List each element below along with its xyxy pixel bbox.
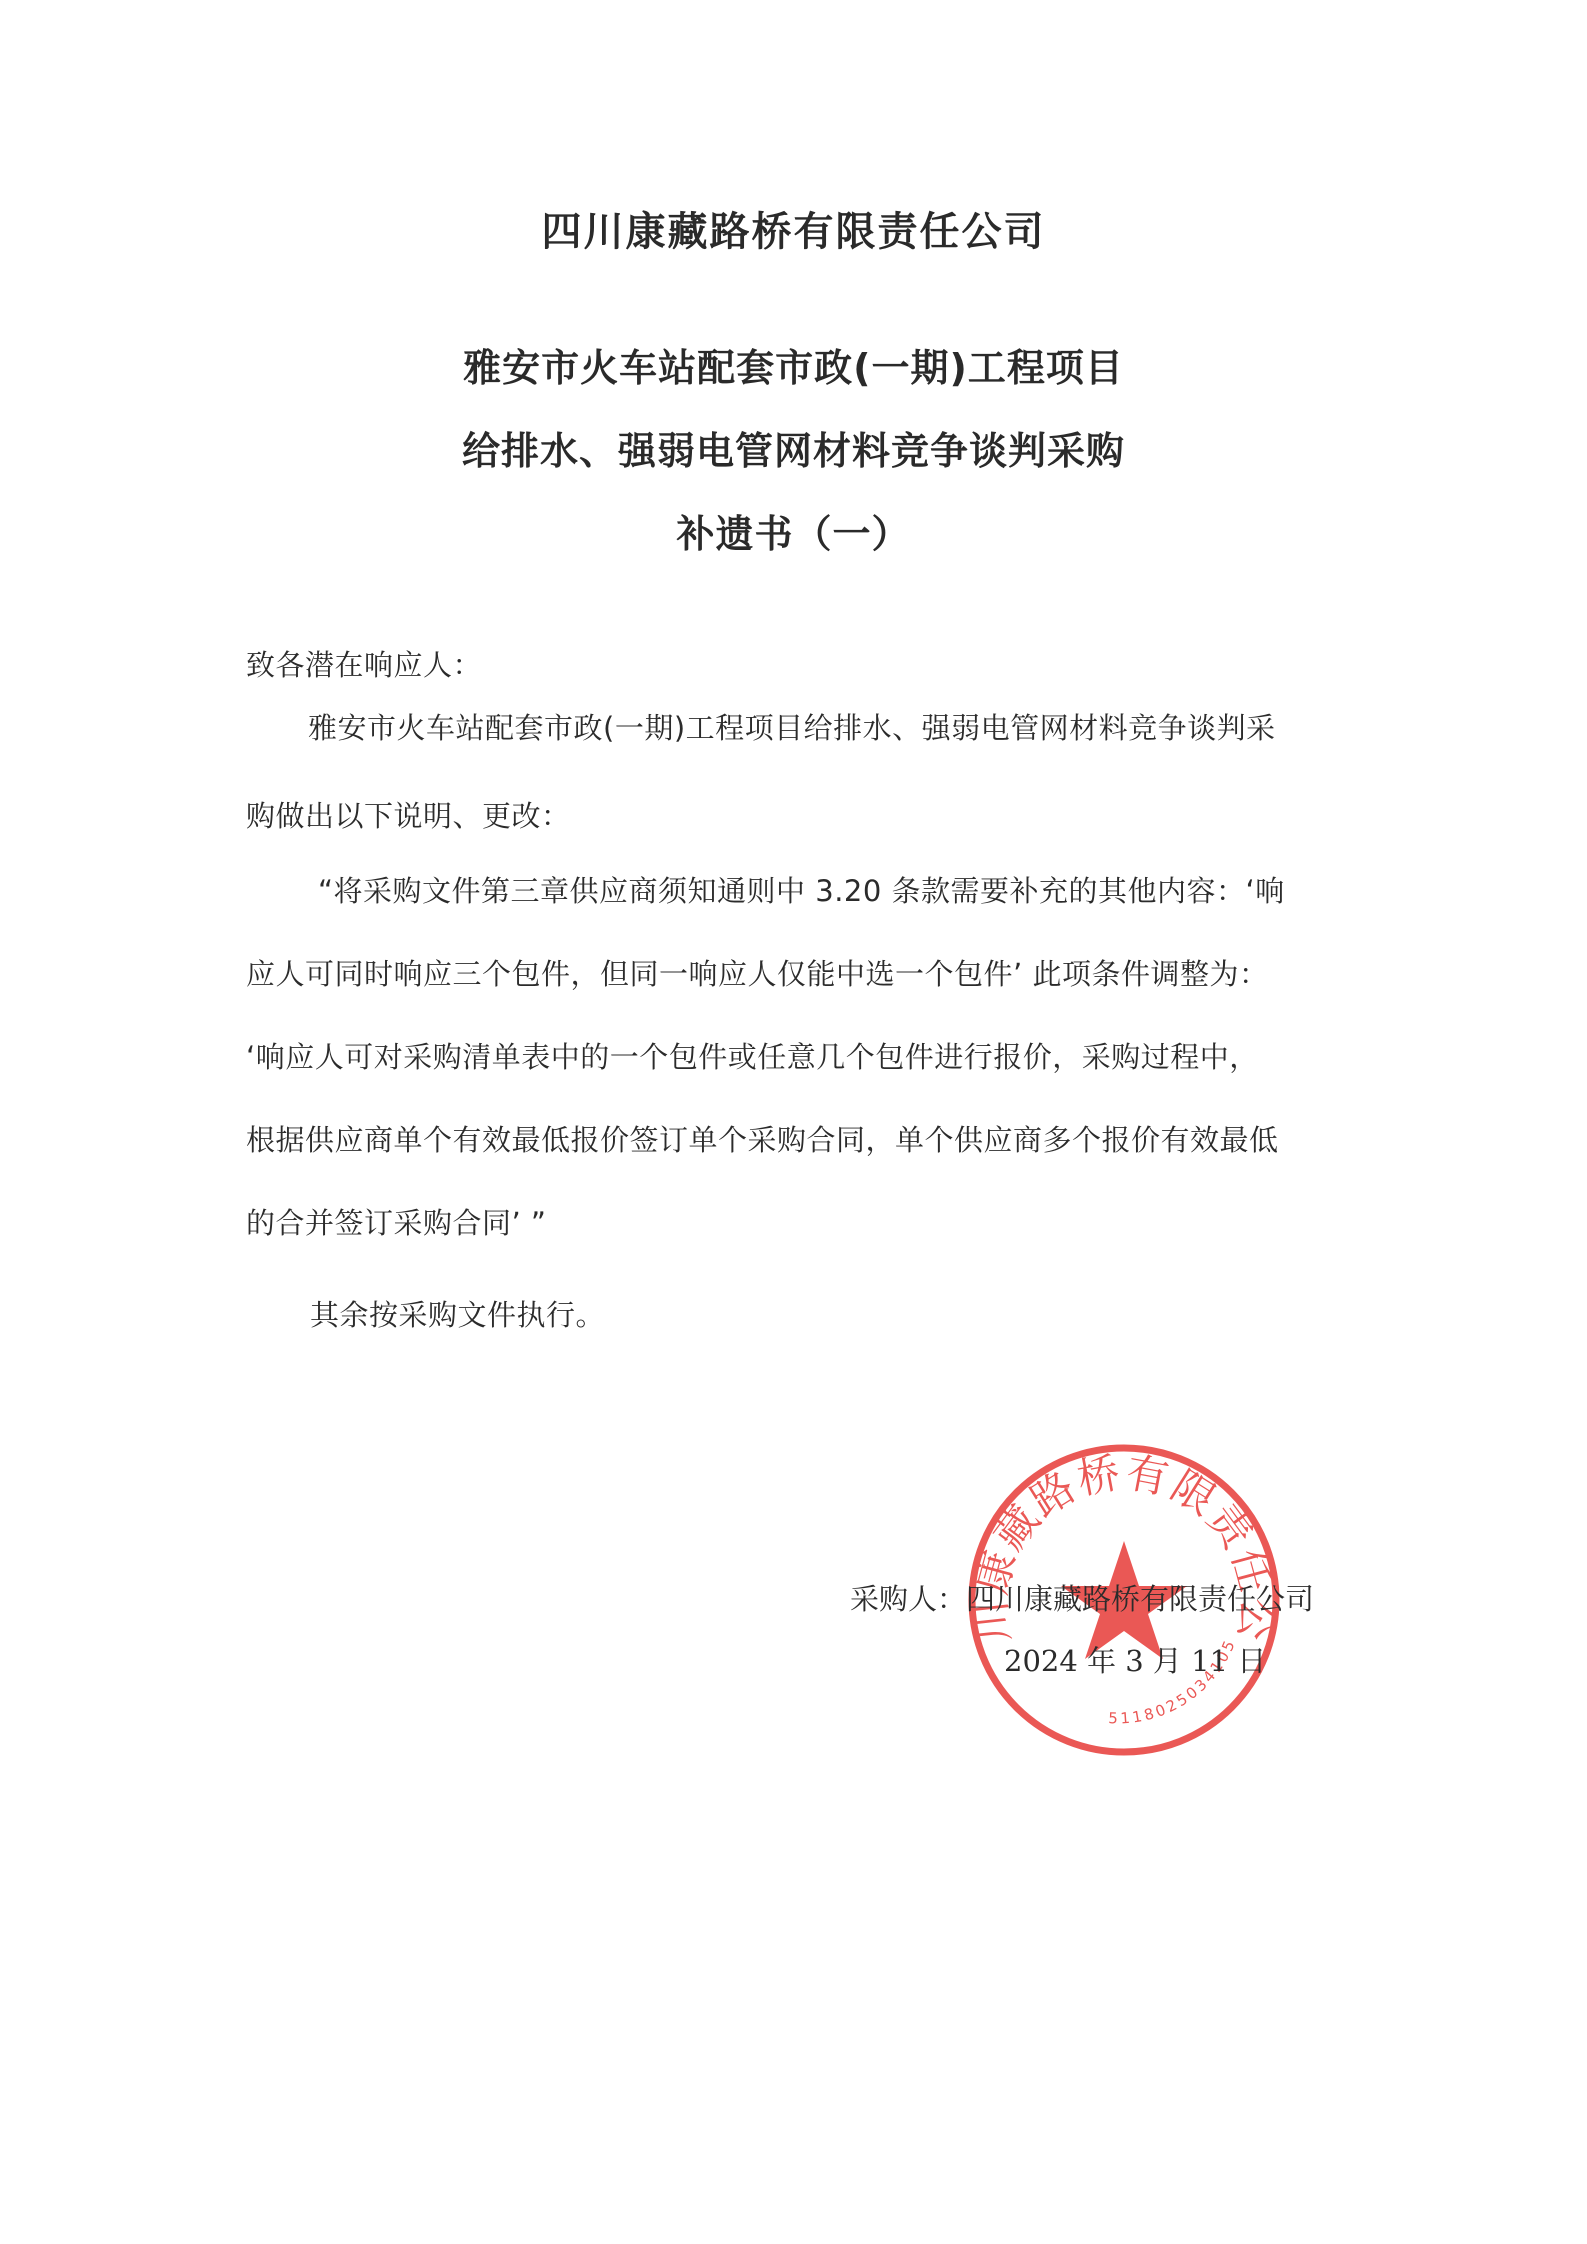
paragraph-2-line-2: 应人可同时响应三个包件，但同一响应人仅能中选一个包件’ 此项条件调整为： — [246, 952, 1366, 993]
document-title-line-1: 雅安市火车站配套市政(一期)工程项目 — [0, 337, 1587, 392]
company-title: 四川康藏路桥有限责任公司 — [0, 200, 1587, 257]
document-title-line-2: 给排水、强弱电管网材料竞争谈判采购 — [0, 420, 1587, 475]
purchaser-signature: 采购人：四川康藏路桥有限责任公司 — [850, 1577, 1314, 1618]
paragraph-1-line-1: 雅安市火车站配套市政(一期)工程项目给排水、强弱电管网材料竞争谈判采 — [308, 706, 1428, 747]
purchaser-label: 采购人： — [850, 1582, 966, 1616]
purchaser-name: 四川康藏路桥有限责任公司 — [966, 1582, 1314, 1616]
issue-date: 2024 年 3 月 11 日 — [1004, 1639, 1266, 1680]
paragraph-2-line-4: 根据供应商单个有效最低报价签订单个采购合同，单个供应商多个报价有效最低 — [246, 1118, 1366, 1159]
document-page: 四川康藏路桥有限责任公司 雅安市火车站配套市政(一期)工程项目 给排水、强弱电管… — [0, 0, 1587, 2244]
paragraph-2-line-3: ‘响应人可对采购清单表中的一个包件或任意几个包件进行报价，采购过程中， — [246, 1035, 1366, 1076]
paragraph-2-line-1: “将采购文件第三章供应商须知通则中 3.20 条款需要补充的其他内容：‘响 — [318, 869, 1438, 910]
closing-line: 其余按采购文件执行。 — [310, 1293, 1430, 1334]
paragraph-1-line-2: 购做出以下说明、更改： — [246, 794, 1366, 835]
paragraph-2-line-5: 的合并签订采购合同’ ” — [246, 1201, 1366, 1242]
salutation: 致各潜在响应人： — [246, 643, 1366, 684]
document-title-line-3: 补遗书（一） — [0, 503, 1587, 558]
